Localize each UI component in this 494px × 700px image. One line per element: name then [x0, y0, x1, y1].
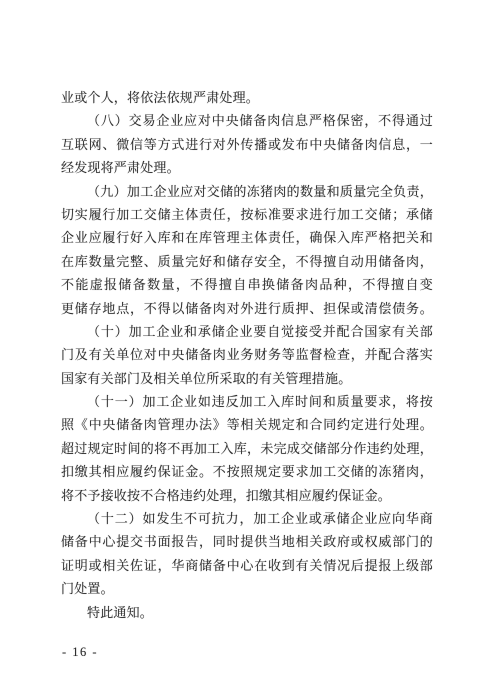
text-line: 业或个人，将依法依规严肃处理。 — [61, 86, 433, 109]
page-number: - 16 - — [62, 645, 98, 660]
text-line: （十）加工企业和承储企业要自觉接受并配合国家有关部 — [61, 320, 433, 343]
text-line: （八）交易企业应对中央储备肉信息严格保密，不得通过 — [61, 109, 433, 132]
text-line: 超过规定时间的将不再加工入库，未完成交储部分作违约处理， — [61, 437, 433, 460]
text-line: 证明或相关佐证，华商储备中心在收到有关情况后提报上级部 — [61, 554, 433, 577]
text-line: （九）加工企业应对交储的冻猪肉的数量和质量完全负责， — [61, 180, 433, 203]
document-body: 业或个人，将依法依规严肃处理。（八）交易企业应对中央储备肉信息严格保密，不得通过… — [61, 86, 433, 624]
text-line: 在库数量完整、质量完好和储存安全，不得擅自动用储备肉， — [61, 250, 433, 273]
text-line: （十二）如发生不可抗力，加工企业或承储企业应向华商 — [61, 507, 433, 530]
text-line: 切实履行加工交储主体责任，按标准要求进行加工交储；承储 — [61, 203, 433, 226]
text-line: 特此通知。 — [61, 601, 433, 624]
text-line: 更储存地点，不得以储备肉对外进行质押、担保或清偿债务。 — [61, 297, 433, 320]
text-line: 不能虚报储备数量，不得擅自串换储备肉品种，不得擅自变 — [61, 273, 433, 296]
text-line: 国家有关部门及相关单位所采取的有关管理措施。 — [61, 367, 433, 390]
text-line: 企业应履行好入库和在库管理主体责任，确保入库严格把关和 — [61, 226, 433, 249]
text-line: 经发现将严肃处理。 — [61, 156, 433, 179]
document-page: 业或个人，将依法依规严肃处理。（八）交易企业应对中央储备肉信息严格保密，不得通过… — [0, 0, 494, 700]
text-line: 扣缴其相应履约保证金。不按照规定要求加工交储的冻猪肉， — [61, 460, 433, 483]
text-line: 门处置。 — [61, 577, 433, 600]
text-line: 互联网、微信等方式进行对外传播或发布中央储备肉信息，一 — [61, 133, 433, 156]
text-line: 储备中心提交书面报告，同时提供当地相关政府或权威部门的 — [61, 530, 433, 553]
text-line: 门及有关单位对中央储备肉业务财务等监督检查，并配合落实 — [61, 343, 433, 366]
text-line: 照《中央储备肉管理办法》等相关规定和合同约定进行处理。 — [61, 413, 433, 436]
text-line: （十一）加工企业如违反加工入库时间和质量要求，将按 — [61, 390, 433, 413]
text-line: 将不予接收按不合格违约处理，扣缴其相应履约保证金。 — [61, 484, 433, 507]
